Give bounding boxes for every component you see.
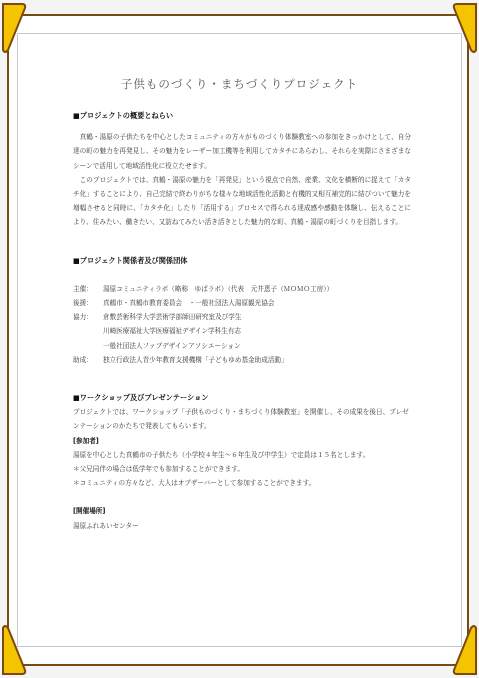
document-body: ■プロジェクトの概要とねらい 真鶴・湯原の子供たちを中心としたコミュニティの方々…	[73, 109, 411, 533]
note-1: ＊父兄同伴の場合は低学年でも参加することができます。	[73, 462, 411, 476]
section-heading-stakeholders: ■プロジェクト関係者及び関係団体	[73, 254, 411, 268]
stakeholder-row-sponsor: 後援： 真鶴市・真鶴市教育委員会 ・一般社団法人湯原観光協会	[73, 296, 411, 310]
stakeholder-row-grant: 助成： 独立行政法人青少年教育支援機構「子どもゆめ基金助成活動」	[73, 353, 411, 367]
stakeholder-row-cooperation-2: 川崎医療福祉大学医療福祉デザイン学科生有志	[73, 324, 411, 338]
note-2: ＊コミュニティの方々など、大人はオブザーバーとして参加することができます。	[73, 476, 411, 490]
section-heading-workshop: ■ワークショップ及びプレゼンテーション	[73, 391, 411, 405]
participants-label: [参加者]	[73, 434, 411, 448]
corner-tab-bottom-left-icon	[0, 622, 28, 678]
stakeholder-row-cooperation: 協力： 倉敷芸術科学大学芸術学部師田研究室及び学生	[73, 310, 411, 324]
overview-paragraph-1: 真鶴・湯原の子供たちを中心としたコミュニティの方々がものづくり体験教室への参加を…	[73, 130, 411, 173]
stakeholder-row-organizer: 主催： 湯原コミュニティラボ（略称 ゆばラボ）（代表 元井恵子（ＭＯＭＯ工房））	[73, 282, 411, 296]
corner-tab-bottom-right-icon	[451, 622, 479, 678]
overview-paragraph-2: このプロジェクトでは、真鶴・湯原の魅力を「再発見」という視点で自然、産業、文化を…	[73, 173, 411, 230]
corner-tab-top-left-icon	[0, 0, 28, 56]
stakeholder-row-cooperation-3: 一般社団法人ファブデザインアソシエーション	[73, 339, 411, 353]
section-heading-overview: ■プロジェクトの概要とねらい	[73, 109, 411, 123]
venue-text: 湯原ふれあいセンター	[73, 519, 411, 533]
workshop-intro: プロジェクトでは、ワークショップ「子供ものづくり・まちづくり体験教室」を開催し、…	[73, 405, 411, 433]
document-title: 子供ものづくり・まちづくりプロジェクト	[0, 76, 479, 92]
participants-text: 湯原を中心とした真鶴市の子供たち（小学校４年生～６年生及び中学生）で定員は１５名…	[73, 448, 411, 462]
corner-tab-top-right-icon	[451, 0, 479, 56]
venue-label: [開催場所]	[73, 504, 411, 518]
